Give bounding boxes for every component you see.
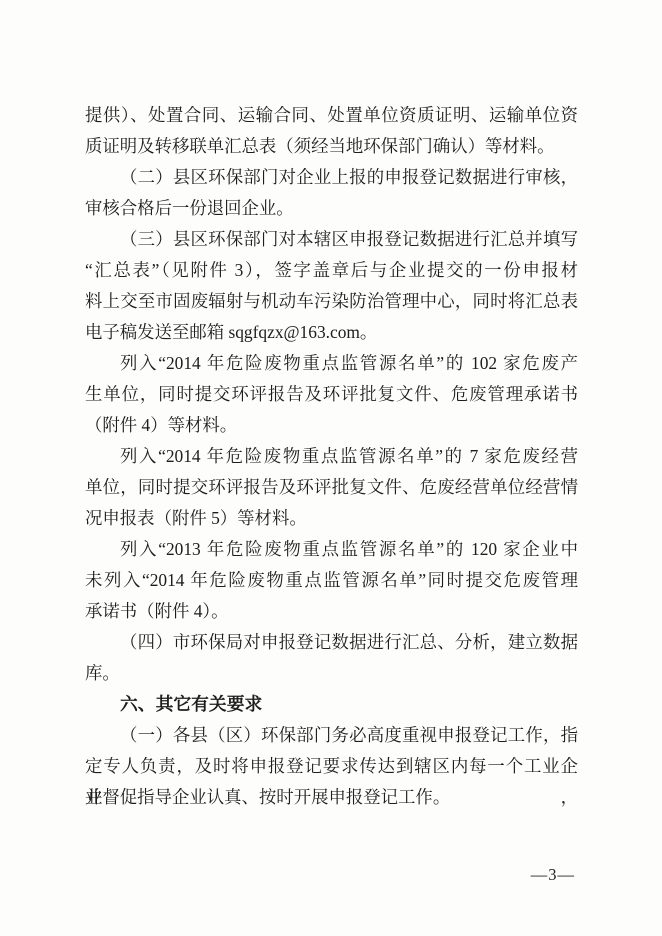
text-line: 提供）、处置合同、运输合同、处置单位资质证明、运输单位资: [85, 100, 578, 131]
text-line: 质证明及转移联单汇总表（须经当地环保部门确认）等材料。: [85, 131, 578, 162]
text-line: 列入“2014 年危险废物重点监管源名单”的 7 家危废经营: [85, 441, 578, 472]
text-line: 承诺书（附件 4）。: [85, 596, 578, 627]
paragraph: 列入“2013 年危险废物重点监管源名单”的 120 家企业中 未列入“2014…: [85, 534, 578, 627]
section-heading: 六、其它有关要求: [85, 689, 578, 720]
text-line: 单位，同时提交环评报告及环评批复文件、危废经营单位经营情: [85, 472, 578, 503]
page-number: —3—: [85, 863, 575, 887]
text-line: （附件 4）等材料。: [85, 410, 578, 441]
paragraph: （三）县区环保部门对本辖区申报登记数据进行汇总并填写 “汇总表”（见附件 3），…: [85, 224, 578, 348]
text-line: 列入“2014 年危险废物重点监管源名单”的 102 家危废产: [85, 348, 578, 379]
paragraph: 列入“2014 年危险废物重点监管源名单”的 7 家危废经营 单位，同时提交环评…: [85, 441, 578, 534]
paragraph: 列入“2014 年危险废物重点监管源名单”的 102 家危废产 生单位，同时提交…: [85, 348, 578, 441]
text-line: “汇总表”（见附件 3），签字盖章后与企业提交的一份申报材: [85, 255, 578, 286]
text-line: （三）县区环保部门对本辖区申报登记数据进行汇总并填写: [85, 224, 578, 255]
text-line: 料上交至市固废辐射与机动车污染防治管理中心，同时将汇总表: [85, 286, 578, 317]
text-line-with-email: 电子稿发送至邮箱 sqgfqzx@163.com。: [85, 317, 578, 348]
text-line: 生单位，同时提交环评报告及环评批复文件、危废管理承诺书: [85, 379, 578, 410]
text-line: 列入“2013 年危险废物重点监管源名单”的 120 家企业中: [85, 534, 578, 565]
paragraph: （二）县区环保部门对企业上报的申报登记数据进行审核， 审核合格后一份退回企业。: [85, 162, 578, 224]
paragraph: （四）市环保局对申报登记数据进行汇总、分析，建立数据 库。: [85, 627, 578, 689]
text-line: 未列入“2014 年危险废物重点监管源名单”同时提交危废管理: [85, 565, 578, 596]
paragraph: （一）各县（区）环保部门务必高度重视申报登记工作，指 定专人负责，及时将申报登记…: [85, 720, 578, 813]
document-body: 提供）、处置合同、运输合同、处置单位资质证明、运输单位资 质证明及转移联单汇总表…: [85, 100, 578, 813]
document-page: 提供）、处置合同、运输合同、处置单位资质证明、运输单位资 质证明及转移联单汇总表…: [0, 0, 662, 936]
text-line: 况申报表（附件 5）等材料。: [85, 503, 578, 534]
text-line: 定专人负责，及时将申报登记要求传达到辖区内每一个工业企业，: [85, 751, 578, 782]
text-line: 审核合格后一份退回企业。: [85, 193, 578, 224]
paragraph: 提供）、处置合同、运输合同、处置单位资质证明、运输单位资 质证明及转移联单汇总表…: [85, 100, 578, 162]
text-line: （二）县区环保部门对企业上报的申报登记数据进行审核，: [85, 162, 578, 193]
text-line: 库。: [85, 658, 578, 689]
text-line: （一）各县（区）环保部门务必高度重视申报登记工作，指: [85, 720, 578, 751]
text-line: （四）市环保局对申报登记数据进行汇总、分析，建立数据: [85, 627, 578, 658]
